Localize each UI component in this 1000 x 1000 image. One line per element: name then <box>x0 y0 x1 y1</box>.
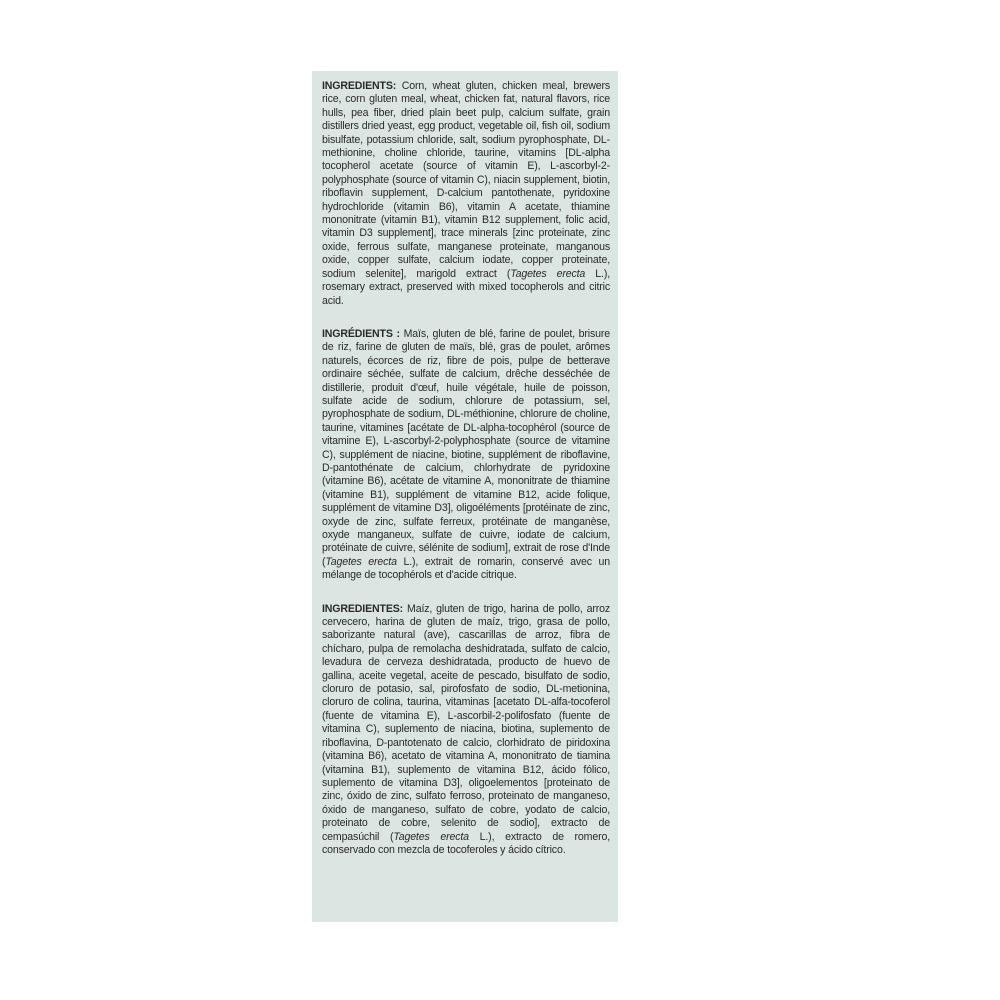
ingredients-spanish: INGREDIENTES: Maíz, gluten de trigo, har… <box>322 603 610 858</box>
ingredients-heading-en: INGREDIENTS: <box>322 80 396 92</box>
ingredients-heading-es: INGREDIENTES: <box>322 603 403 615</box>
botanical-name-fr: Tagetes erecta <box>325 556 396 568</box>
botanical-name-en: Tagetes erecta <box>510 268 585 280</box>
ingredients-heading-fr: INGRÉDIENTS : <box>322 328 400 340</box>
ingredients-panel: INGREDIENTS: Corn, wheat gluten, chicken… <box>312 71 618 922</box>
ingredients-english: INGREDIENTS: Corn, wheat gluten, chicken… <box>322 80 610 308</box>
ingredients-french: INGRÉDIENTS : Maïs, gluten de blé, farin… <box>322 328 610 583</box>
ingredients-text-fr: Maïs, gluten de blé, farine de poulet, b… <box>322 328 610 568</box>
ingredients-text-en: Corn, wheat gluten, chicken meal, brewer… <box>322 80 610 280</box>
botanical-name-es: Tagetes erecta <box>393 831 469 843</box>
ingredients-text-es: Maíz, gluten de trigo, harina de pollo, … <box>322 603 610 843</box>
